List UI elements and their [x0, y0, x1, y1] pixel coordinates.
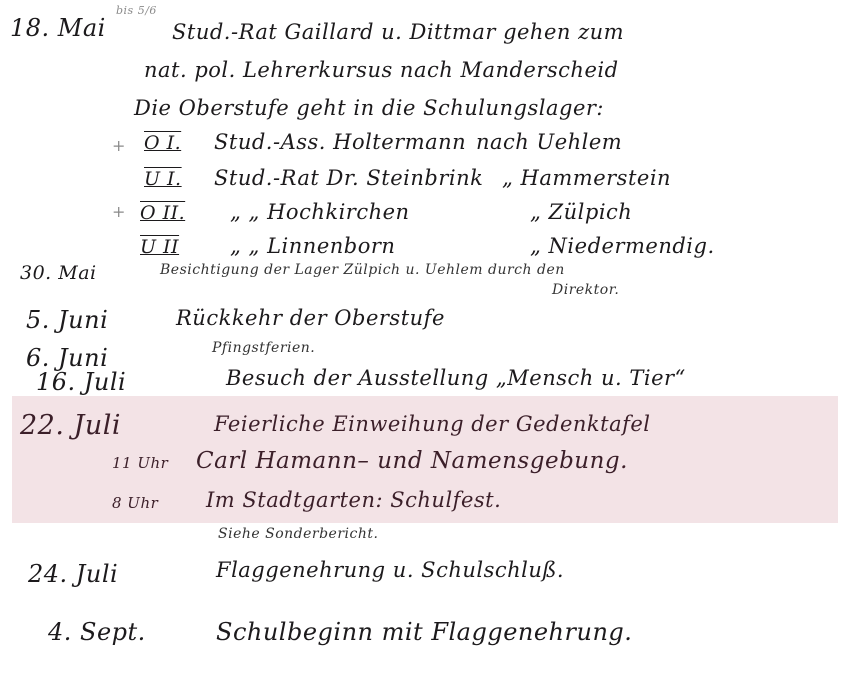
entry-date: 24. Juli: [28, 560, 118, 588]
entry-time: 11 Uhr: [112, 454, 168, 472]
class-label: U II: [140, 236, 179, 258]
entry-line: Schulbeginn mit Flaggenehrung.: [216, 618, 632, 646]
class-teacher: Stud.-Ass. Holtermann: [214, 130, 466, 154]
entry-line: Besichtigung der Lager Zülpich u. Uehlem…: [160, 262, 565, 278]
class-label: O I.: [144, 132, 181, 154]
entry-line: Im Stadtgarten: Schulfest.: [206, 488, 501, 512]
entry-line: Rückkehr der Oberstufe: [176, 306, 445, 330]
entry-date: 22. Juli: [20, 410, 121, 441]
entry-note: Siehe Sonderbericht.: [218, 526, 378, 542]
entry-line: Besuch der Ausstellung „Mensch u. Tier“: [226, 366, 686, 390]
entry-date: 16. Juli: [36, 368, 126, 396]
class-destination: „ Niedermendig.: [530, 234, 715, 258]
entry-line: Flaggenehrung u. Schulschluß.: [216, 558, 564, 582]
entry-line: Die Oberstufe geht in die Schulungslager…: [134, 96, 604, 120]
class-label: O II.: [140, 202, 185, 224]
entry-line: Stud.-Rat Gaillard u. Dittmar gehen zum: [172, 20, 624, 44]
class-destination: „ Zülpich: [530, 200, 632, 224]
class-destination: „ Hammerstein: [502, 166, 671, 190]
date-annotation: bis 5/6: [116, 4, 157, 17]
class-teacher: „ „ Hochkirchen: [230, 200, 410, 224]
entry-date: 18. Mai: [10, 14, 106, 42]
check-mark: +: [112, 202, 125, 221]
entry-line: Carl Hamann– und Namensgebung.: [196, 448, 628, 474]
class-label: U I.: [144, 168, 182, 190]
entry-date: 30. Mai: [20, 262, 97, 284]
entry-date: 5. Juni: [26, 306, 108, 334]
entry-line: Direktor.: [552, 282, 619, 298]
entry-line: Pfingstferien.: [212, 340, 315, 356]
chronicle-page: 18. Mai bis 5/6 Stud.-Rat Gaillard u. Di…: [0, 0, 850, 677]
entry-date: 4. Sept.: [48, 618, 146, 646]
check-mark: +: [112, 136, 125, 155]
class-destination: nach Uehlem: [476, 130, 622, 154]
entry-line: Feierliche Einweihung der Gedenktafel: [214, 412, 651, 436]
class-teacher: „ „ Linnenborn: [230, 234, 395, 258]
entry-time: 8 Uhr: [112, 494, 158, 512]
class-teacher: Stud.-Rat Dr. Steinbrink: [214, 166, 483, 190]
entry-line: nat. pol. Lehrerkursus nach Manderscheid: [144, 58, 619, 82]
